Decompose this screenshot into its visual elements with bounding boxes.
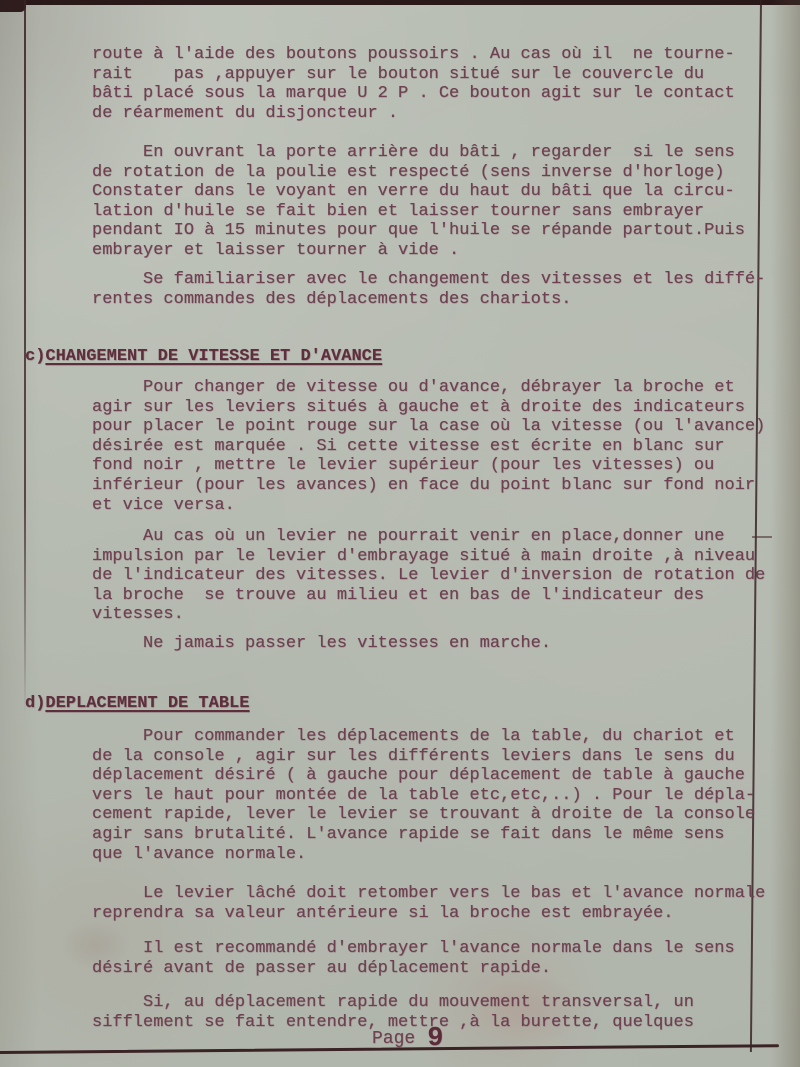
page-footer-label: Page — [372, 1029, 415, 1049]
paragraph-recommendation: Il est recommandé d'embrayer l'avance no… — [92, 939, 735, 978]
paragraph-released-lever: Le levier lâché doit retomber vers le ba… — [92, 884, 765, 923]
section-prefix: d) — [25, 694, 45, 713]
page-edge-shadow — [770, 0, 800, 1067]
paragraph-lever-impulse: Au cas où un levier ne pourrait venir en… — [92, 527, 765, 625]
paragraph-startup-buttons: route à l'aide des boutons poussoirs . A… — [92, 45, 735, 123]
paragraph-table-movement: Pour commander les déplacements de la ta… — [92, 727, 755, 864]
section-heading-d: d)DEPLACEMENT DE TABLE — [25, 694, 249, 714]
paragraph-familiarisation: Se familiariser avec le changement des v… — [92, 270, 765, 309]
section-title: CHANGEMENT DE VITESSE ET D'AVANCE — [45, 347, 382, 366]
section-heading-c: c)CHANGEMENT DE VITESSE ET D'AVANCE — [25, 347, 382, 367]
paragraph-warning-never-shift-running: Ne jamais passer les vitesses en marche. — [92, 634, 551, 654]
page-footer: Page 9 — [372, 1022, 443, 1052]
scanned-page: route à l'aide des boutons poussoirs . A… — [0, 0, 800, 1067]
paragraph-oil-circulation-check: En ouvrant la porte arrière du bâti , re… — [92, 143, 745, 261]
section-prefix: c) — [25, 347, 45, 366]
page-number: 9 — [427, 1024, 443, 1054]
paragraph-change-speed-procedure: Pour changer de vitesse ou d'avance, déb… — [92, 378, 765, 515]
section-title: DEPLACEMENT DE TABLE — [45, 694, 249, 713]
scan-top-edge — [0, 0, 800, 5]
scan-top-left-corner — [0, 0, 26, 12]
